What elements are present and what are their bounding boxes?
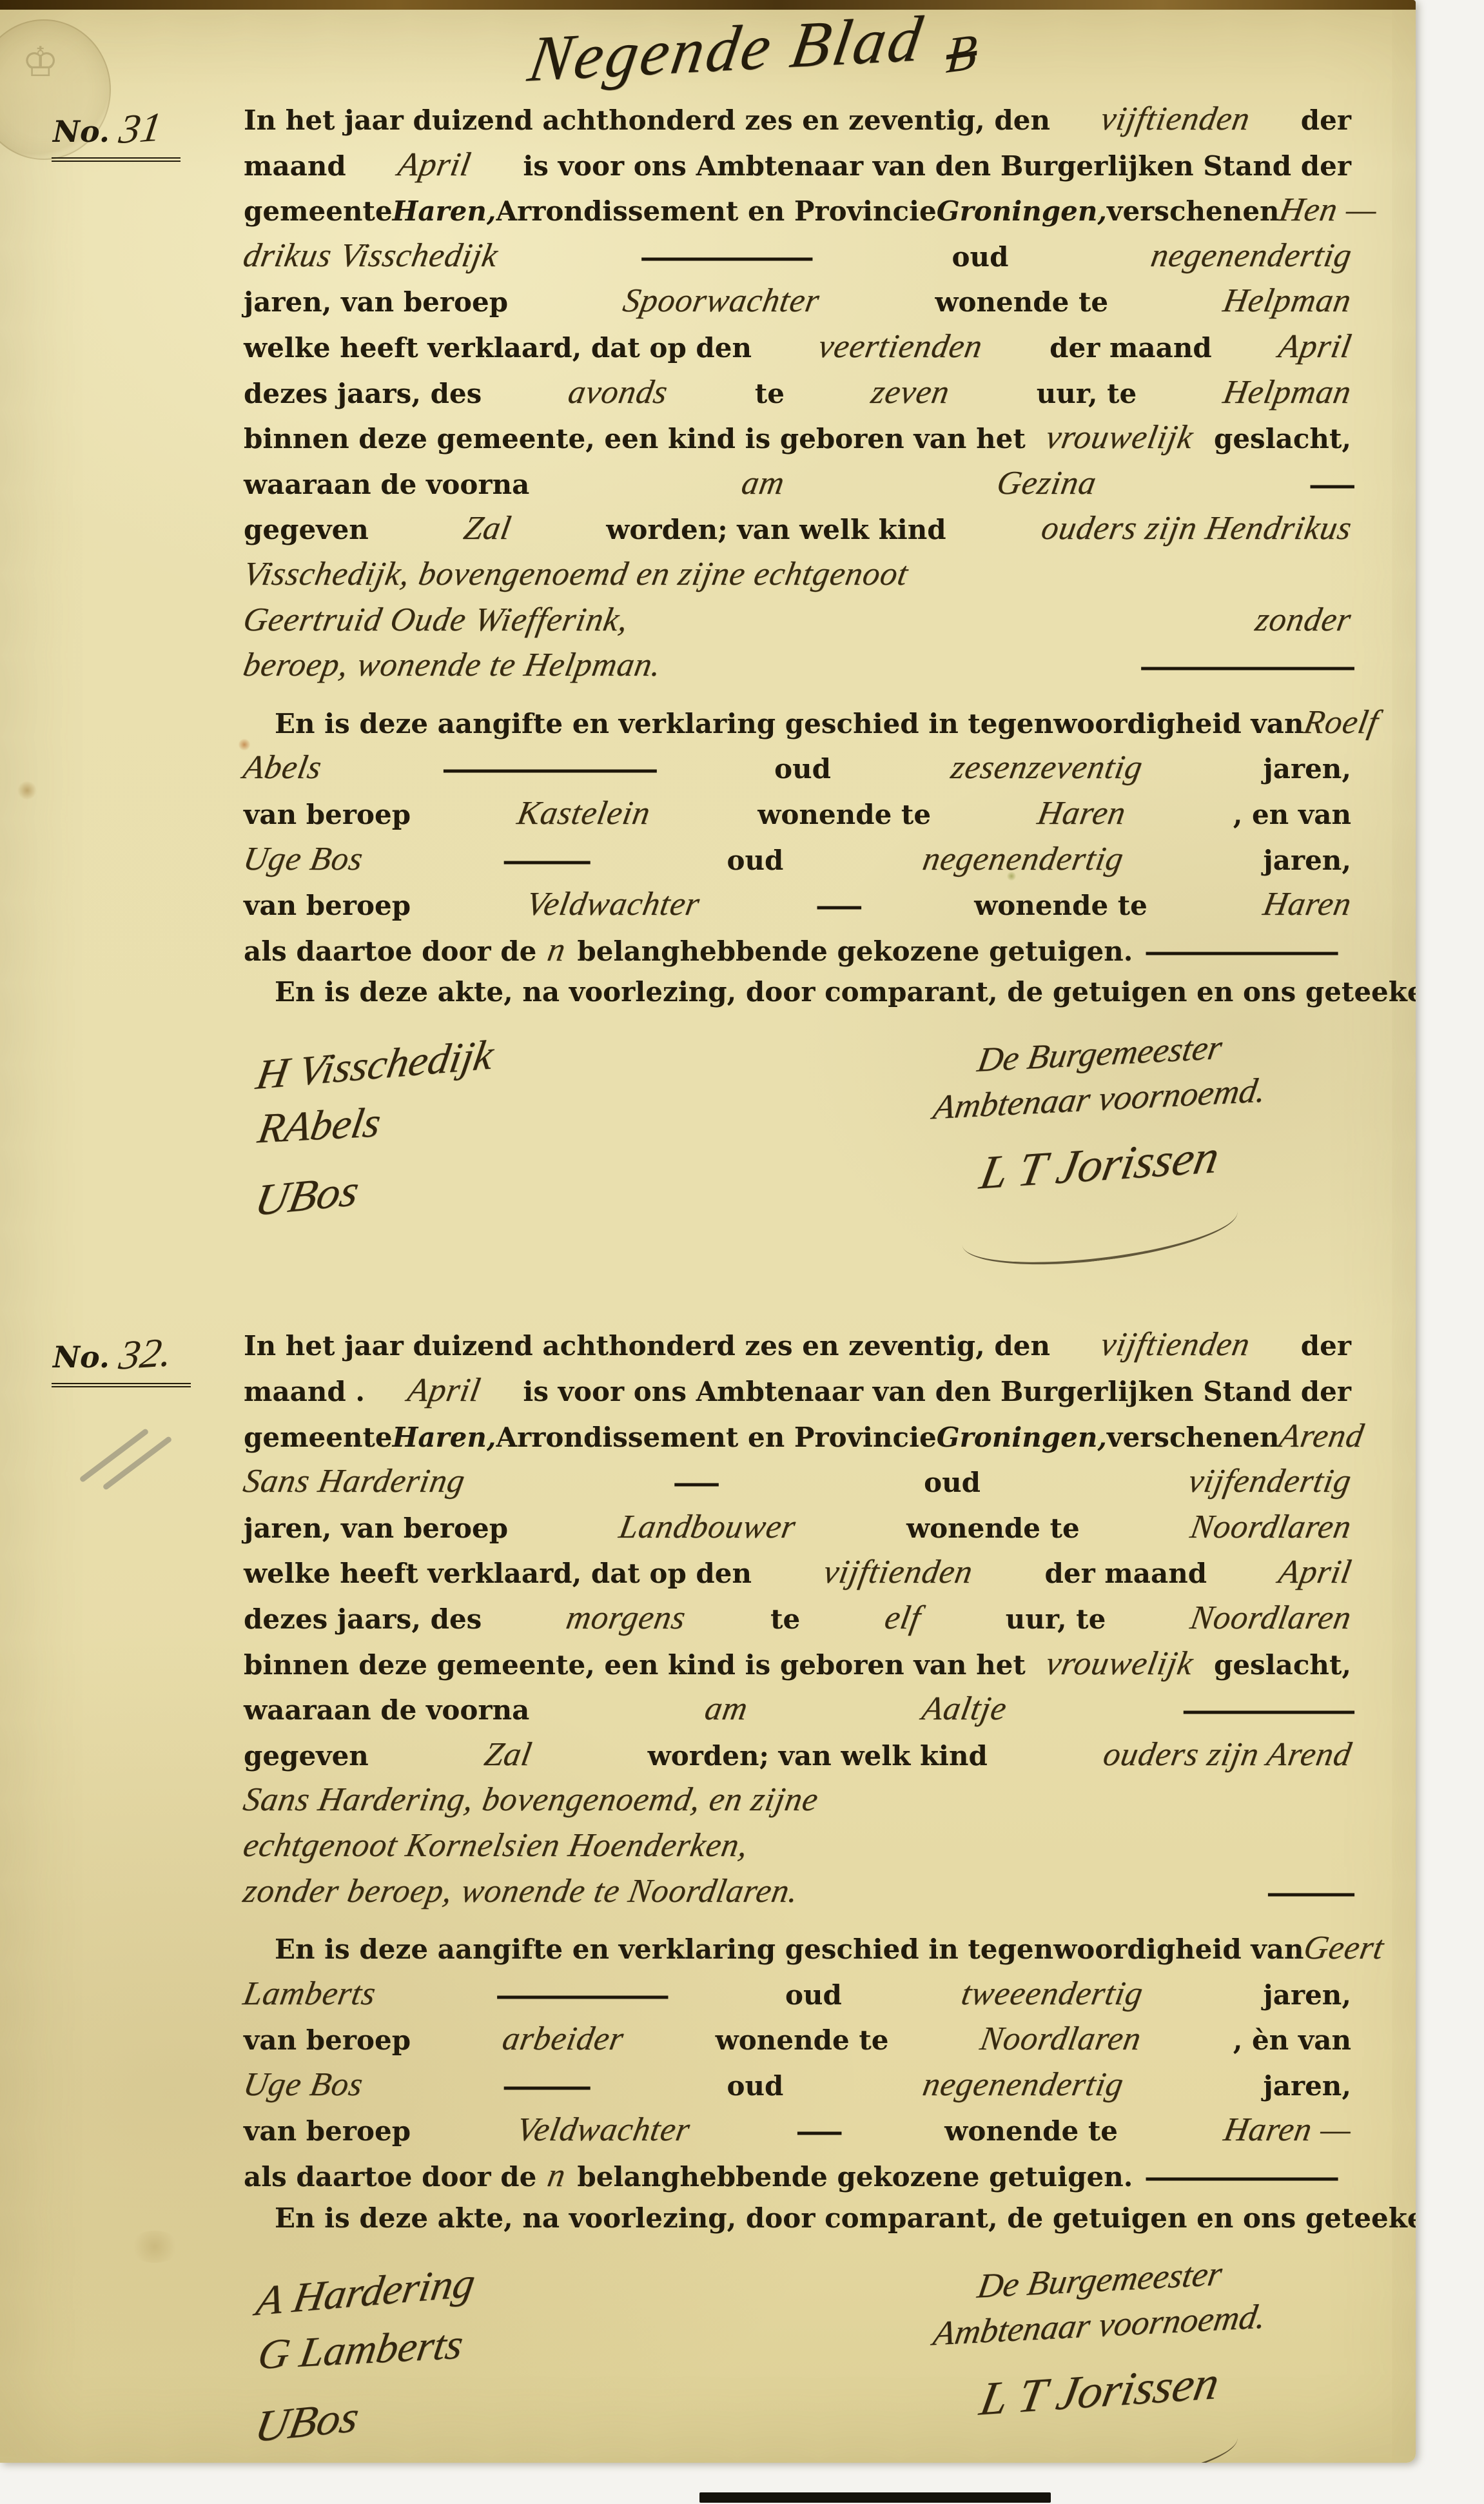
handwritten-text: vijftienden: [821, 1555, 975, 1590]
printed-text: jaren, van beroep: [244, 288, 508, 317]
declarant-witness-signatures: H VisschedijkRAbelsUBos: [244, 1033, 660, 1218]
handwritten-text: am: [739, 466, 788, 502]
ink-rule: ————: [502, 848, 587, 875]
official-title: De Burgemeester: [975, 1028, 1225, 1081]
signatures: H VisschedijkRAbelsUBosDe BurgemeesterAm…: [244, 1033, 1351, 1260]
handwritten-text: Geert: [1301, 1931, 1387, 1966]
printed-text: Arrondissement en Provincie: [496, 197, 937, 226]
ink-rule: —————————: [1144, 937, 1334, 967]
form-line: Visschedijk, bovengenoemd en zijne echtg…: [244, 557, 1351, 592]
handwritten-text: zeven: [868, 375, 952, 411]
printed-text: wonende te: [906, 1514, 1080, 1543]
printed-text: wonende te: [935, 288, 1108, 317]
record-number-value: 31: [116, 103, 164, 153]
form-line: als daartoe door denbelanghebbende gekoz…: [244, 2158, 1351, 2194]
printed-text: waaraan de voorna: [244, 1696, 529, 1725]
handwritten-text: Visschedijk, bovengenoemd en zijne echtg…: [240, 557, 911, 592]
printed-text: worden; van welk kind: [648, 1742, 988, 1770]
handwritten-text: Haren: [1035, 796, 1129, 832]
printed-text: Arrondissement en Provincie: [496, 1423, 937, 1452]
handwritten-text: Uge Bos: [240, 2068, 366, 2103]
printed-text: jaren,: [1264, 2072, 1351, 2100]
printed-text: van beroep: [244, 801, 411, 829]
scanner-edge-artifact: [699, 2492, 1051, 2503]
official-signature: L T Jorissen: [976, 1130, 1224, 1201]
ink-rule: ——: [815, 893, 858, 920]
handwritten-text: avonds: [566, 375, 671, 411]
form-line: van beroeparbeiderwonende teNoordlaren, …: [244, 2022, 1351, 2057]
printed-text: En is deze akte, na voorlezing, door com…: [275, 2202, 1416, 2234]
printed-text: gegeven: [244, 516, 369, 544]
ink-rule: ——: [1309, 472, 1351, 499]
form-line: dezes jaars, desavondstezevenuur, teHelp…: [244, 375, 1351, 411]
form-line: Lamberts————————oudtweeendertigjaren,: [244, 1977, 1351, 2012]
printed-text: uur, te: [1037, 380, 1137, 408]
record-number-label: No.: [53, 1340, 110, 1374]
ink-rule: ————————: [1182, 1697, 1351, 1725]
handwritten-text: Roelf: [1301, 705, 1381, 741]
printed-text: binnen deze gemeente, een kind is gebore…: [244, 1651, 1026, 1679]
form-line: Geertruid Oude Wiefferink,zonder: [244, 603, 1351, 638]
ink-rule: —————————: [1144, 2163, 1334, 2193]
printed-text: wonende te: [716, 2026, 889, 2055]
pencil-mark: [72, 1415, 182, 1499]
printed-text: welke heeft verklaard, dat op den: [244, 1560, 752, 1588]
form-line: van beroepVeldwachter——wonende teHaren —: [244, 2113, 1351, 2148]
handwritten-text: Veldwachter: [514, 2113, 693, 2148]
handwritten-text: zonder: [1253, 603, 1354, 638]
printed-text: worden; van welk kind: [606, 516, 946, 544]
handwritten-text: Spoorwachter: [621, 284, 823, 319]
printed-italic-text: Haren,: [393, 197, 496, 226]
printed-text: oud: [952, 243, 1009, 271]
form-line: In het jaar duizend achthonderd zes en z…: [244, 102, 1351, 137]
handwritten-text: April: [1276, 329, 1354, 365]
printed-text: wonende te: [974, 892, 1147, 920]
handwritten-text: Noordlaren: [1187, 1510, 1354, 1545]
form-line: En is deze aangifte en verklaring geschi…: [244, 1931, 1351, 1966]
signatures: A HarderingG LambertsUBosDe Burgemeester…: [244, 2260, 1351, 2463]
form-line: In het jaar duizend achthonderd zes en z…: [244, 1327, 1351, 1363]
form-line: binnen deze gemeente, een kind is gebore…: [244, 1647, 1351, 1682]
ink-rule: ——————————: [1140, 654, 1351, 681]
printed-text: dezes jaars, des: [244, 1605, 482, 1634]
ink-rule: ————————: [496, 1982, 665, 2010]
records: No.31In het jaar duizend achthonderd zes…: [0, 102, 1416, 2463]
printed-text: der: [1301, 106, 1351, 135]
official-signature-block: De BurgemeesterAmbtenaar voornoemd.L T J…: [848, 1033, 1351, 1260]
official-title: De Burgemeester: [975, 2253, 1225, 2306]
handwritten-text: tweeendertig: [959, 1977, 1146, 2012]
handwritten-text: Landbouwer: [616, 1510, 799, 1545]
handwritten-text: Hen —: [1276, 193, 1380, 228]
handwritten-text: Noordlaren: [1187, 1601, 1354, 1636]
printed-text: is voor ons Ambtenaar van den Burgerlijk…: [523, 152, 1351, 181]
form-line: beroep, wonende te Helpman.——————————: [244, 648, 1351, 683]
handwritten-text: n: [545, 2158, 569, 2194]
handwritten-text: zesenzeventig: [948, 750, 1146, 786]
printed-text: als daartoe door de: [244, 2161, 536, 2193]
record-number-label: No.: [53, 114, 110, 149]
scanned-register-page: Negende Blad B No.31In het jaar duizend …: [0, 0, 1484, 2504]
printed-text: maand .: [244, 1378, 365, 1406]
ink-rule: ——: [673, 1470, 716, 1497]
printed-text: van beroep: [244, 2026, 411, 2055]
printed-text: oud: [727, 846, 784, 875]
printed-text: belanghebbende gekozene getuigen.: [577, 935, 1133, 967]
printed-text: der maand: [1044, 1560, 1207, 1588]
handwritten-text: ouders zijn Hendrikus: [1039, 511, 1354, 547]
printed-text: , èn van: [1233, 2026, 1351, 2055]
handwritten-text: n: [545, 933, 569, 968]
form-line: als daartoe door denbelanghebbende gekoz…: [244, 933, 1351, 968]
handwritten-text: arbeider: [500, 2022, 627, 2057]
printed-text: der: [1301, 1332, 1351, 1360]
header-mark: B: [944, 22, 979, 85]
record-number: No.31: [52, 104, 181, 162]
form-line: En is deze aangifte en verklaring geschi…: [244, 705, 1351, 741]
printed-text: jaren,: [1264, 846, 1351, 875]
paper-top-edge: [0, 0, 1416, 10]
form-line: maand .Aprilis voor ons Ambtenaar van de…: [244, 1373, 1351, 1409]
form-line: En is deze akte, na voorlezing, door com…: [244, 978, 1351, 1006]
ink-rule: ——: [796, 2118, 839, 2146]
handwritten-text: vijfendertig: [1186, 1464, 1354, 1500]
handwritten-text: vrouwelijk: [1043, 420, 1196, 456]
official-signature-block: De BurgemeesterAmbtenaar voornoemd.L T J…: [848, 2260, 1351, 2463]
printed-text: En is deze akte, na voorlezing, door com…: [275, 976, 1416, 1008]
form-line: Sans Hardering——oudvijfendertig: [244, 1464, 1351, 1500]
printed-italic-text: Haren,: [393, 1423, 496, 1452]
printed-text: gemeente: [244, 1423, 393, 1452]
handwritten-text: Sans Hardering: [240, 1464, 467, 1500]
printed-text: waaraan de voorna: [244, 471, 529, 499]
ink-rule: ————————: [640, 244, 809, 271]
printed-text: welke heeft verklaard, dat op den: [244, 334, 752, 362]
handwritten-text: Haren: [1260, 887, 1354, 923]
printed-text: van beroep: [244, 892, 411, 920]
handwritten-text: vijftienden: [1098, 102, 1253, 137]
printed-text: belanghebbende gekozene getuigen.: [577, 2161, 1133, 2193]
printed-text: gegeven: [244, 1742, 369, 1770]
birth-record: No.32.In het jaar duizend achthonderd ze…: [0, 1327, 1416, 2463]
handwritten-text: Geertruid Oude Wiefferink,: [240, 603, 631, 638]
handwritten-text: Zal: [461, 511, 514, 547]
form-line: gemeenteHaren,Arrondissement en Provinci…: [244, 1419, 1351, 1454]
printed-text: der maand: [1050, 334, 1212, 362]
handwritten-text: April: [1276, 1555, 1354, 1590]
printed-text: te: [770, 1605, 800, 1634]
handwritten-text: negenendertig: [1148, 239, 1354, 274]
printed-text: wonende te: [757, 801, 931, 829]
ink-rule: ————: [1267, 1880, 1351, 1907]
handwritten-text: elf: [882, 1601, 924, 1636]
handwritten-text: veertienden: [816, 329, 986, 365]
form-line: gegevenZalworden; van welk kindouders zi…: [244, 511, 1351, 547]
form-line: van beroepVeldwachter——wonende teHaren: [244, 887, 1351, 923]
paper-sheet: Negende Blad B No.31In het jaar duizend …: [0, 0, 1416, 2463]
printed-text: maand: [244, 152, 346, 181]
form-line: jaren, van beroepSpoorwachterwonende teH…: [244, 284, 1351, 319]
printed-text: In het jaar duizend achthonderd zes en z…: [244, 106, 1050, 135]
handwritten-text: vijftienden: [1098, 1327, 1253, 1363]
form-line: Abels——————————oudzesenzeventigjaren,: [244, 750, 1351, 786]
printed-text: van beroep: [244, 2117, 411, 2146]
printed-text: oud: [785, 1981, 842, 2010]
form-line: welke heeft verklaard, dat op denveertie…: [244, 329, 1351, 365]
handwritten-text: Arend: [1276, 1419, 1367, 1454]
printed-text: En is deze aangifte en verklaring geschi…: [275, 1935, 1304, 1964]
handwritten-text: drikus Visschedijk: [240, 239, 501, 274]
handwritten-text: Abels: [240, 750, 324, 786]
printed-text: verschenen: [1107, 1423, 1280, 1452]
form-line: binnen deze gemeente, een kind is gebore…: [244, 420, 1351, 456]
printed-text: oud: [924, 1469, 981, 1497]
handwritten-text: ouders zijn Arend: [1100, 1737, 1354, 1773]
form-line: Uge Bos————oudnegenendertigjaren,: [244, 842, 1351, 877]
declarant-witness-signatures: A HarderingG LambertsUBos: [244, 2260, 660, 2444]
page-header: Negende Blad B: [0, 12, 1416, 86]
printed-text: uur, te: [1006, 1605, 1106, 1634]
printed-text: binnen deze gemeente, een kind is gebore…: [244, 425, 1026, 453]
printed-text: dezes jaars, des: [244, 380, 482, 408]
form-line: echtgenoot Kornelsien Hoenderken,: [244, 1828, 1351, 1864]
handwritten-text: echtgenoot Kornelsien Hoenderken,: [240, 1828, 751, 1864]
handwritten-text: negenendertig: [920, 842, 1126, 877]
form-line: Uge Bos————oudnegenendertigjaren,: [244, 2068, 1351, 2103]
printed-text: geslacht,: [1214, 425, 1351, 453]
printed-text: te: [755, 380, 785, 408]
form-line: drikus Visschedijk————————oudnegenendert…: [244, 239, 1351, 274]
printed-text: gemeente: [244, 197, 393, 226]
handwritten-text: Zal: [482, 1737, 534, 1773]
record-body: In het jaar duizend achthonderd zes en z…: [244, 1327, 1351, 1909]
handwritten-text: morgens: [563, 1601, 688, 1636]
printed-text: jaren,: [1264, 755, 1351, 783]
form-line: zonder beroep, wonende te Noordlaren.———…: [244, 1874, 1351, 1910]
form-line: jaren, van beroepLandbouwerwonende teNoo…: [244, 1510, 1351, 1545]
printed-text: , en van: [1233, 801, 1351, 829]
record-number-value: 32.: [116, 1329, 175, 1380]
form-line: waaraan de voornaamAaltje————————: [244, 1692, 1351, 1727]
form-line: gemeenteHaren,Arrondissement en Provinci…: [244, 193, 1351, 228]
handwritten-text: beroep, wonende te Helpman.: [240, 648, 664, 683]
printed-italic-text: Groningen,: [937, 1423, 1107, 1452]
ink-rule: ————: [502, 2073, 587, 2100]
form-line: waaraan de voornaamGezina——: [244, 466, 1351, 502]
form-line: welke heeft verklaard, dat op denvijftie…: [244, 1555, 1351, 1590]
form-line: Sans Hardering, bovengenoemd, en zijne: [244, 1783, 1351, 1818]
handwritten-text: am: [702, 1692, 750, 1727]
birth-record: No.31In het jaar duizend achthonderd zes…: [0, 102, 1416, 1260]
record-witness-section: En is deze aangifte en verklaring geschi…: [244, 1931, 1351, 2233]
handwritten-text: Haren —: [1221, 2113, 1354, 2148]
ink-rule: ——————————: [442, 756, 654, 783]
printed-text: wonende te: [944, 2117, 1118, 2146]
handwritten-text: Helpman: [1221, 284, 1354, 319]
handwritten-text: Uge Bos: [240, 842, 366, 877]
handwritten-text: zonder beroep, wonende te Noordlaren.: [240, 1874, 801, 1910]
handwritten-text: negenendertig: [920, 2068, 1126, 2103]
handwritten-text: Helpman: [1220, 375, 1354, 411]
handwritten-text: Lamberts: [240, 1977, 378, 2012]
printed-text: jaren, van beroep: [244, 1514, 508, 1543]
printed-text: is voor ons Ambtenaar van den Burgerlijk…: [523, 1378, 1351, 1406]
form-line: dezes jaars, desmorgensteelfuur, teNoord…: [244, 1601, 1351, 1636]
printed-text: jaren,: [1264, 1981, 1351, 2010]
form-line: van beroepKasteleinwonende teHaren, en v…: [244, 796, 1351, 832]
form-line: gegevenZalworden; van welk kindouders zi…: [244, 1737, 1351, 1773]
printed-italic-text: Groningen,: [937, 197, 1107, 226]
form-line: maandAprilis voor ons Ambtenaar van den …: [244, 148, 1351, 183]
handwritten-text: Noordlaren: [977, 2022, 1144, 2057]
handwritten-text: Gezina: [994, 466, 1099, 502]
handwritten-text: vrouwelijk: [1043, 1647, 1196, 1682]
printed-text: En is deze aangifte en verklaring geschi…: [275, 710, 1304, 738]
record-witness-section: En is deze aangifte en verklaring geschi…: [244, 705, 1351, 1007]
printed-text: geslacht,: [1214, 1651, 1351, 1679]
record-number: No.32.: [52, 1330, 191, 1387]
printed-text: verschenen: [1107, 197, 1280, 226]
handwritten-text: Veldwachter: [523, 887, 703, 923]
handwritten-text: April: [395, 148, 474, 183]
printed-text: oud: [727, 2072, 784, 2100]
handwritten-text: Kastelein: [515, 796, 654, 832]
record-body: In het jaar duizend achthonderd zes en z…: [244, 102, 1351, 683]
official-signature: L T Jorissen: [976, 2356, 1224, 2427]
form-line: En is deze akte, na voorlezing, door com…: [244, 2204, 1351, 2233]
header-script: Negende Blad: [523, 1, 929, 96]
handwritten-text: Sans Hardering, bovengenoemd, en zijne: [240, 1783, 821, 1818]
printed-text: oud: [774, 755, 831, 783]
printed-text: In het jaar duizend achthonderd zes en z…: [244, 1332, 1050, 1360]
handwritten-text: April: [405, 1373, 483, 1409]
printed-text: als daartoe door de: [244, 935, 536, 967]
handwritten-text: Aaltje: [919, 1692, 1010, 1727]
